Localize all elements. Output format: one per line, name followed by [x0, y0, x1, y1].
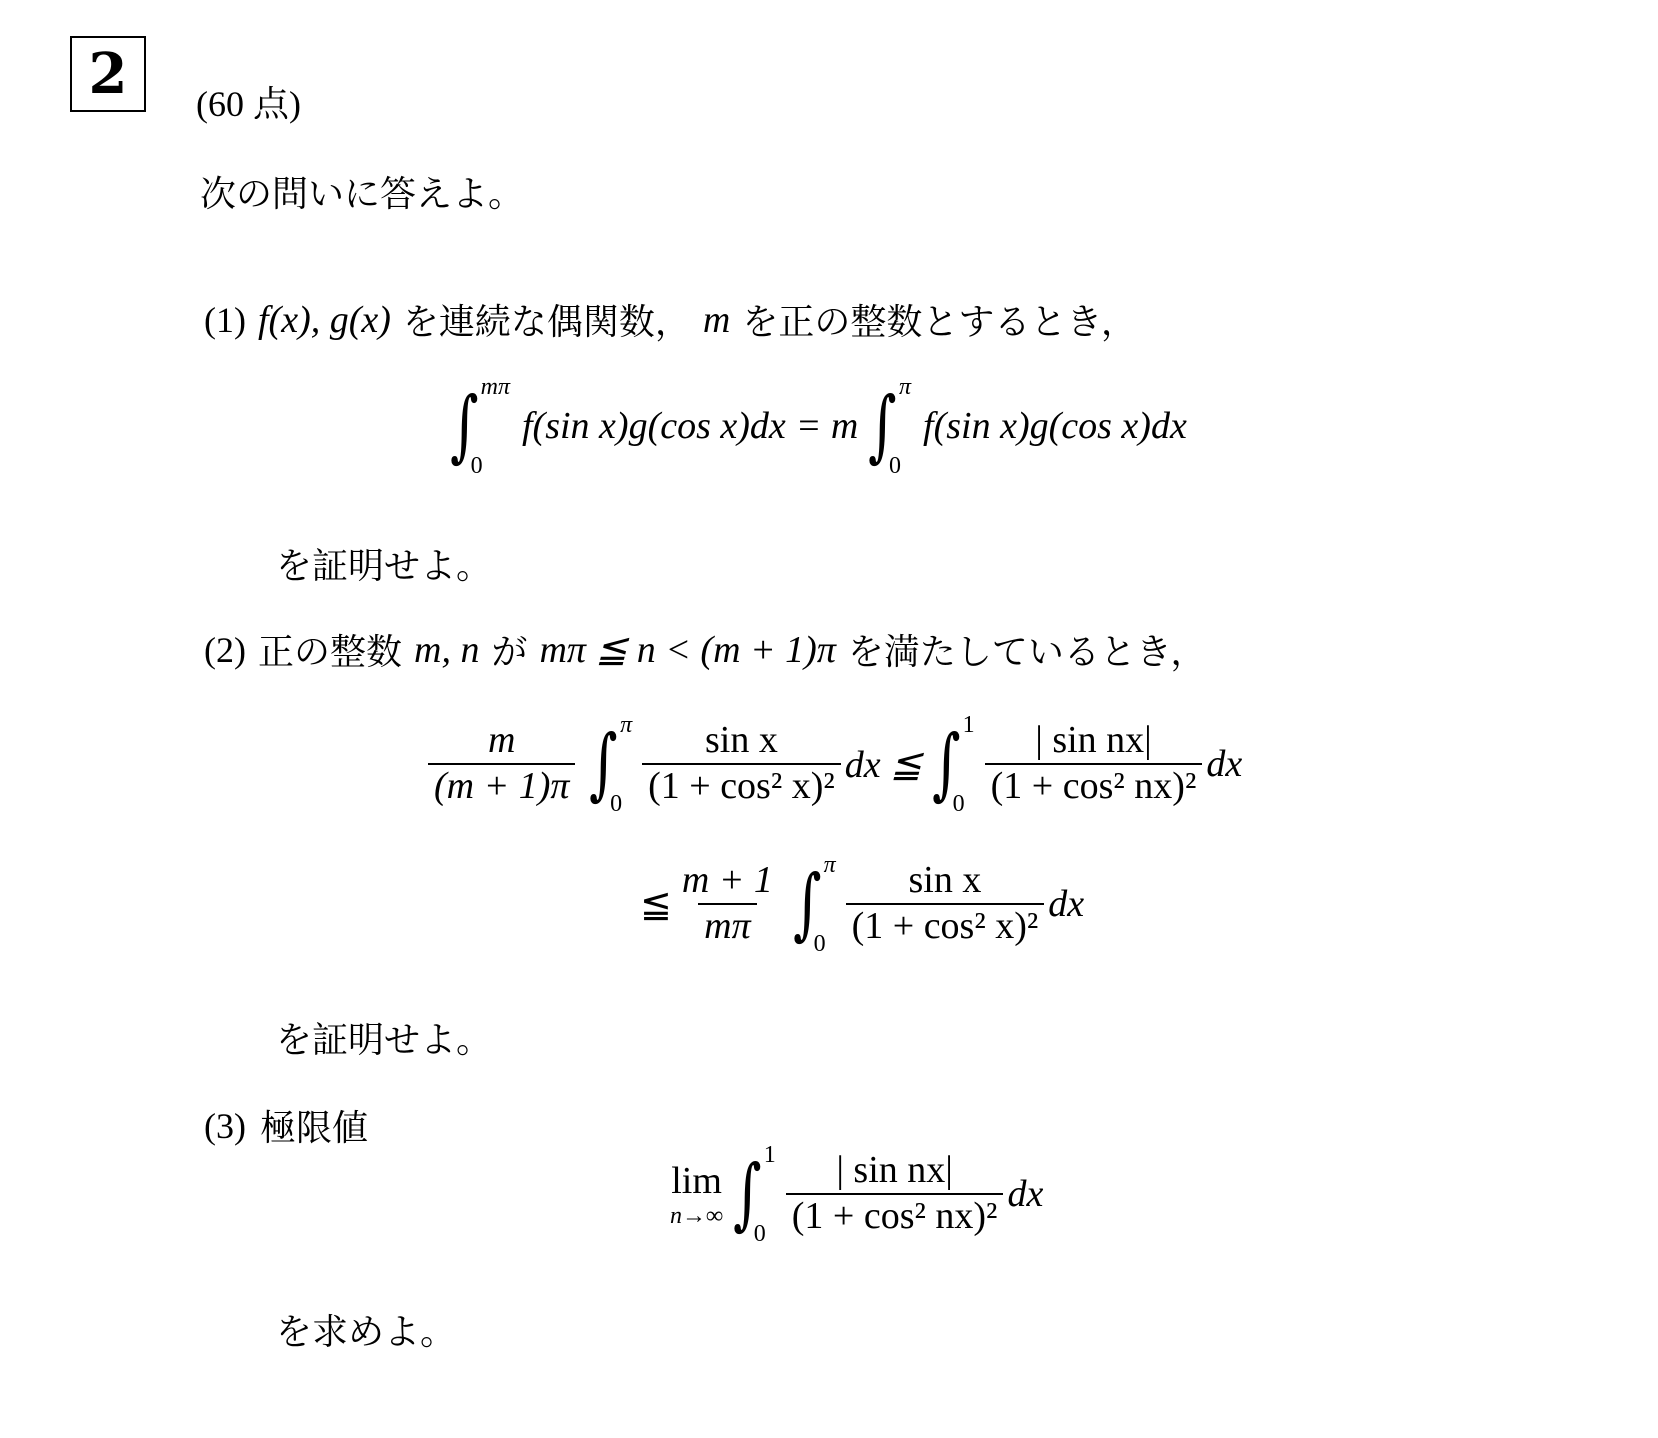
- part3-label: (3): [204, 1105, 246, 1147]
- fraction: | sin nx| (1 + cos² nx)²: [786, 1149, 1004, 1238]
- points-label: (60 点): [196, 76, 301, 127]
- part1-var-m: m: [703, 298, 730, 342]
- part2-closing: を証明せよ。: [276, 1012, 492, 1063]
- problem-number-box: 2: [70, 36, 146, 112]
- part1-text2: を正の整数とするとき，: [742, 294, 1137, 345]
- part1-text: を連続な偶関数，: [403, 294, 691, 345]
- fraction: sin x (1 + cos² x)²: [846, 859, 1045, 948]
- part2-condition: mπ ≦ n < (m + 1)π: [539, 627, 835, 672]
- equals-m: = m: [796, 404, 859, 448]
- part1-closing: を証明せよ。: [276, 538, 492, 589]
- part3-closing: を求めよ。: [276, 1304, 456, 1355]
- integrand: f(sin x)g(cos x)dx: [522, 404, 786, 448]
- part1-equation: ∫ mπ0 f(sin x)g(cos x)dx = m ∫ π0 f(sin …: [440, 380, 1187, 472]
- leq-sign: ≦: [640, 882, 672, 927]
- part3-statement: (3) 極限値: [204, 1100, 368, 1151]
- dx: dx: [1048, 882, 1084, 926]
- part2-text: 正の整数: [258, 624, 402, 675]
- integrand: f(sin x)g(cos x)dx: [923, 404, 1187, 448]
- integral-sign: ∫ 10: [926, 718, 975, 810]
- dx: dx: [1206, 742, 1242, 786]
- part2-ga: が: [491, 624, 527, 675]
- integral-sign: ∫ π0: [583, 718, 632, 810]
- part2-inequality-line1: m (m + 1)π ∫ π0 sin x (1 + cos² x)² dx ≦…: [424, 718, 1242, 810]
- integral-sign: ∫ π0: [862, 380, 911, 472]
- fraction: m (m + 1)π: [428, 719, 575, 808]
- part3-text: 極限値: [260, 1100, 368, 1151]
- part2-vars: m, n: [414, 628, 479, 672]
- fraction: | sin nx| (1 + cos² nx)²: [985, 719, 1203, 808]
- problem-number: 2: [89, 41, 128, 107]
- part1-functions: f(x), g(x): [258, 298, 391, 342]
- integral-sign: ∫ π0: [787, 858, 836, 950]
- fraction: sin x (1 + cos² x)²: [642, 719, 841, 808]
- part2-text2: を満たしているとき，: [848, 624, 1207, 675]
- part1-statement: (1) f(x), g(x) を連続な偶関数， m を正の整数とするとき，: [204, 294, 1137, 345]
- dx-leq: dx ≦: [845, 742, 922, 787]
- integral-sign: ∫ 10: [727, 1148, 776, 1240]
- fraction: m + 1 mπ: [676, 859, 779, 948]
- part3-limit-expression: lim n→∞ ∫ 10 | sin nx| (1 + cos² nx)² dx: [670, 1148, 1043, 1240]
- part2-inequality-line2: ≦ m + 1 mπ ∫ π0 sin x (1 + cos² x)² dx: [640, 858, 1084, 950]
- limit: lim n→∞: [670, 1159, 723, 1230]
- dx: dx: [1007, 1172, 1043, 1216]
- part1-label: (1): [204, 299, 246, 341]
- part2-statement: (2) 正の整数 m, n が mπ ≦ n < (m + 1)π を満たしてい…: [204, 624, 1206, 675]
- part2-label: (2): [204, 629, 246, 671]
- instruction: 次の問いに答えよ。: [200, 166, 524, 217]
- integral-sign: ∫ mπ0: [444, 380, 510, 472]
